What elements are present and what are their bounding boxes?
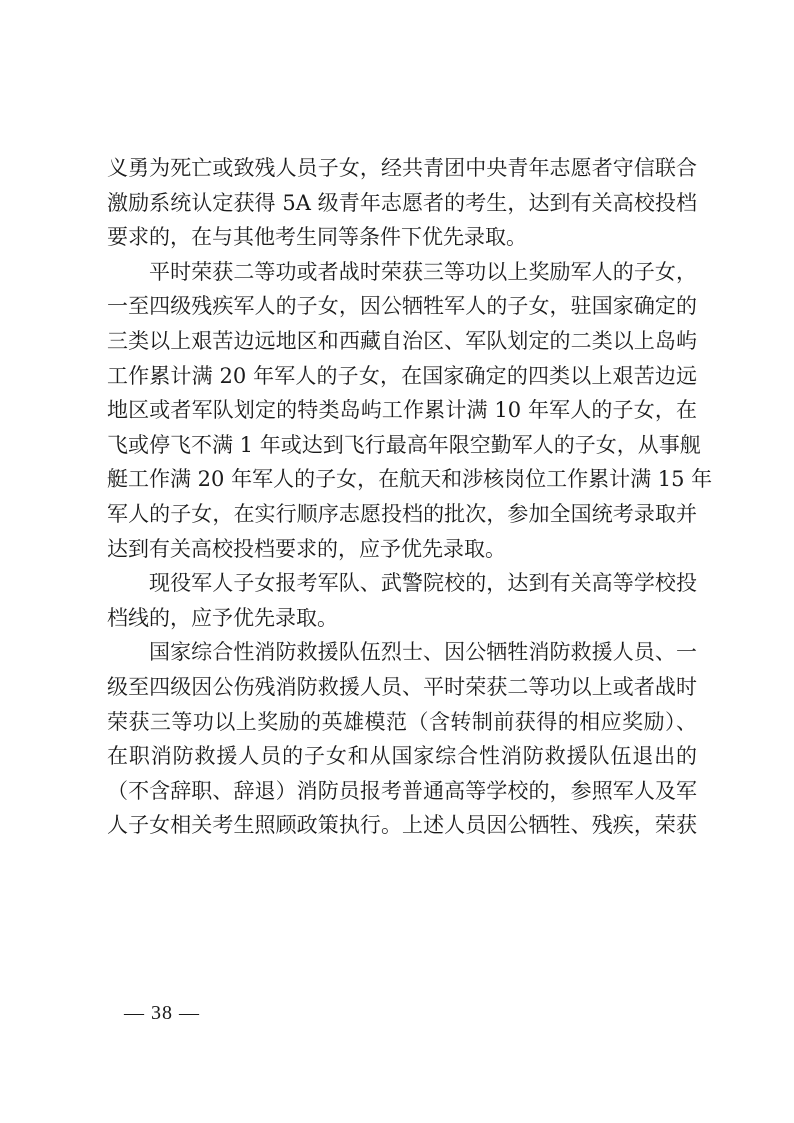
- text-line: （不含辞职、辞退）消防员报考普通高等学校的，参照军人及军: [107, 774, 697, 809]
- text-line: 在职消防救援人员的子女和从国家综合性消防救援队伍退出的: [107, 739, 697, 774]
- text-line: 义勇为死亡或致残人员子女，经共青团中央青年志愿者守信联合: [107, 151, 697, 186]
- text-line: 军人的子女，在实行顺序志愿投档的批次，参加全国统考录取并: [107, 497, 697, 532]
- page-number: — 38 —: [124, 1002, 200, 1025]
- text-line: 荣获三等功以上奖励的英雄模范（含转制前获得的相应奖励）、: [107, 705, 697, 740]
- text-line: 达到有关高校投档要求的，应予优先录取。: [107, 532, 697, 567]
- text-line: 级至四级因公伤残消防救援人员、平时荣获二等功以上或者战时: [107, 670, 697, 705]
- text-line: 档线的，应予优先录取。: [107, 601, 697, 636]
- text-line: 三类以上艰苦边远地区和西藏自治区、军队划定的二类以上岛屿: [107, 324, 697, 359]
- text-line: 要求的，在与其他考生同等条件下优先录取。: [107, 220, 697, 255]
- text-line: 艇工作满 20 年军人的子女，在航天和涉核岗位工作累计满 15 年: [107, 462, 697, 497]
- text-line: 飞或停飞不满 1 年或达到飞行最高年限空勤军人的子女，从事舰: [107, 428, 697, 463]
- text-line: 人子女相关考生照顾政策执行。上述人员因公牺牲、残疾，荣获: [107, 808, 697, 843]
- text-line: 现役军人子女报考军队、武警院校的，达到有关高等学校投: [107, 566, 697, 601]
- text-line: 工作累计满 20 年军人的子女，在国家确定的四类以上艰苦边远: [107, 359, 697, 394]
- text-line: 激励系统认定获得 5A 级青年志愿者的考生，达到有关高校投档: [107, 186, 697, 221]
- text-line: 国家综合性消防救援队伍烈士、因公牺牲消防救援人员、一: [107, 635, 697, 670]
- text-line: 一至四级残疾军人的子女，因公牺牲军人的子女，驻国家确定的: [107, 289, 697, 324]
- text-line: 地区或者军队划定的特类岛屿工作累计满 10 年军人的子女，在: [107, 393, 697, 428]
- text-line: 平时荣获二等功或者战时荣获三等功以上奖励军人的子女，: [107, 255, 697, 290]
- document-page: 义勇为死亡或致残人员子女，经共青团中央青年志愿者守信联合 激励系统认定获得 5A…: [0, 0, 794, 1123]
- body-text: 义勇为死亡或致残人员子女，经共青团中央青年志愿者守信联合 激励系统认定获得 5A…: [107, 151, 697, 843]
